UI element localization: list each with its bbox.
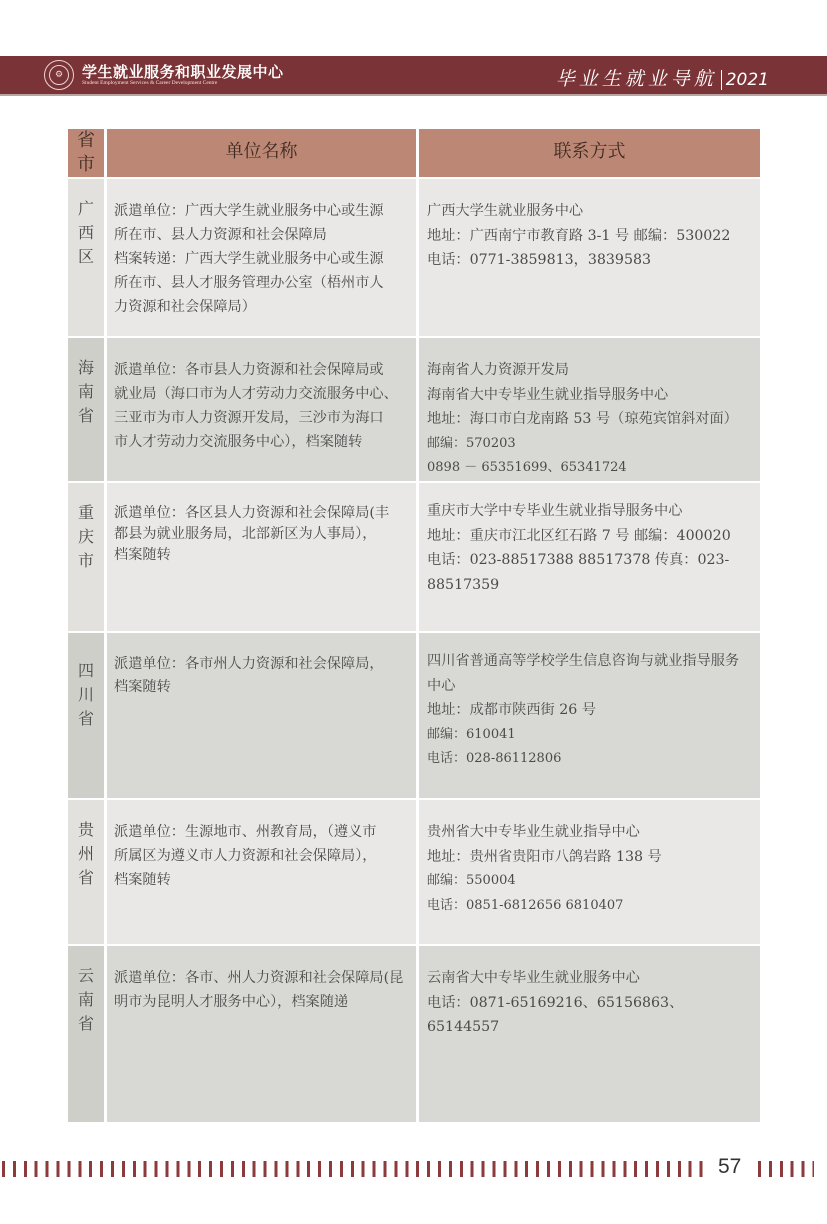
province-char: 省	[68, 707, 104, 731]
unit-line: 所在市、县人才服务管理办公室（梧州市人	[114, 271, 410, 295]
table-row: 海 南 省 派遣单位：各市县人力资源和社会保障局或 就业局（海口市为人才劳动力交…	[68, 338, 760, 481]
page-footer: 57	[0, 1161, 827, 1177]
province-cell: 云 南 省	[68, 946, 104, 1122]
unit-line: 派遣单位：各市县人力资源和社会保障局或	[114, 358, 410, 382]
contact-cell: 云南省大中专毕业生就业服务中心 电话：0871-65169216、6515686…	[419, 946, 760, 1122]
unit-line: 派遣单位：各市州人力资源和社会保障局，	[114, 653, 410, 676]
contact-line: 地址：成都市陕西街 26 号	[427, 698, 754, 723]
contact-line: 邮编：550004	[427, 869, 754, 894]
page-header-banner: ⚙ 学生就业服务和职业发展中心 Student Employment Servi…	[0, 56, 827, 96]
contact-line: 电话：0851-6812656 6810407	[427, 894, 754, 919]
province-char: 重	[68, 501, 104, 525]
unit-line: 档案随转	[114, 545, 410, 566]
contact-line: 地址：广西南宁市教育路 3-1 号 邮编：530022	[427, 224, 754, 249]
contact-line: 88517359	[427, 573, 754, 598]
org-name-en: Student Employment Services & Career Dev…	[82, 80, 217, 86]
unit-line: 档案随转	[114, 676, 410, 699]
province-cell: 贵 州 省	[68, 800, 104, 944]
province-char: 省	[68, 1012, 104, 1036]
province-char: 省	[68, 404, 104, 428]
province-char: 四	[68, 659, 104, 683]
contact-line: 海南省大中专毕业生就业指导服务中心	[427, 383, 754, 408]
province-char: 海	[68, 356, 104, 380]
province-char: 贵	[68, 818, 104, 842]
province-char: 区	[68, 245, 104, 269]
province-char: 市	[68, 549, 104, 573]
org-name-cn: 学生就业服务和职业发展中心	[82, 61, 284, 82]
contact-cell: 四川省普通高等学校学生信息咨询与就业指导服务 中心 地址：成都市陕西街 26 号…	[419, 633, 760, 798]
unit-line: 就业局（海口市为人才劳动力交流服务中心、	[114, 382, 410, 406]
unit-cell: 派遣单位：各区县人力资源和社会保障局(丰 都县为就业服务局，北部新区为人事局），…	[107, 483, 416, 631]
contact-cell: 海南省人力资源开发局 海南省大中专毕业生就业指导服务中心 地址：海口市白龙南路 …	[419, 338, 760, 481]
unit-line: 派遣单位：各区县人力资源和社会保障局(丰	[114, 503, 410, 524]
unit-line: 市人才劳动力交流服务中心），档案随转	[114, 430, 410, 454]
unit-line: 档案随转	[114, 868, 410, 892]
column-header-unit: 单位名称	[107, 129, 416, 177]
province-char: 南	[68, 988, 104, 1012]
contact-line: 邮编：610041	[427, 723, 754, 748]
unit-line: 三亚市为市人力资源开发局，三沙市为海口	[114, 406, 410, 430]
unit-line: 力资源和社会保障局）	[114, 295, 410, 319]
contact-line: 电话：023-88517388 88517378 传真：023-	[427, 548, 754, 573]
university-seal-icon: ⚙	[44, 60, 74, 90]
column-header-province: 省 市	[68, 129, 104, 177]
unit-cell: 派遣单位：各市、州人力资源和社会保障局(昆 明市为昆明人才服务中心），档案随递	[107, 946, 416, 1122]
column-header-contact: 联系方式	[419, 129, 760, 177]
table-row: 广 西 区 派遣单位：广西大学生就业服务中心或生源 所在市、县人力资源和社会保障…	[68, 179, 760, 336]
unit-line: 所属区为遵义市人力资源和社会保障局），	[114, 844, 410, 868]
contact-line: 电话：0771-3859813，3839583	[427, 248, 754, 273]
contact-line: 地址：贵州省贵阳市八鸽岩路 138 号	[427, 845, 754, 870]
book-year: 2021	[726, 70, 769, 90]
contact-line: 海南省人力资源开发局	[427, 358, 754, 383]
employment-contacts-table: 省 市 单位名称 联系方式 广 西 区 派遣单位：广西大学生就业服务中心或生源 …	[68, 129, 760, 1124]
unit-cell: 派遣单位：广西大学生就业服务中心或生源 所在市、县人力资源和社会保障局 档案转递…	[107, 179, 416, 336]
contact-line: 广西大学生就业服务中心	[427, 199, 754, 224]
province-char: 西	[68, 221, 104, 245]
contact-line: 重庆市大学中专毕业生就业指导服务中心	[427, 499, 754, 524]
book-title-text: 毕业生就业导航	[556, 68, 717, 90]
table-row: 四 川 省 派遣单位：各市州人力资源和社会保障局， 档案随转 四川省普通高等学校…	[68, 633, 760, 798]
contact-line: 四川省普通高等学校学生信息咨询与就业指导服务	[427, 649, 754, 674]
contact-line: 电话：028-86112806	[427, 747, 754, 772]
table-row: 重 庆 市 派遣单位：各区县人力资源和社会保障局(丰 都县为就业服务局，北部新区…	[68, 483, 760, 631]
unit-line: 派遣单位：各市、州人力资源和社会保障局(昆	[114, 966, 410, 990]
header-char: 省	[68, 129, 104, 153]
contact-line: 地址：海口市白龙南路 53 号（琼苑宾馆斜对面）	[427, 407, 754, 432]
province-char: 川	[68, 683, 104, 707]
contact-line: 贵州省大中专毕业生就业指导中心	[427, 820, 754, 845]
contact-line: 0898 － 65351699、65341724	[427, 456, 754, 481]
unit-line: 明市为昆明人才服务中心），档案随递	[114, 990, 410, 1014]
decorative-tick-bar-right	[758, 1161, 814, 1177]
contact-line: 电话：0871-65169216、65156863、65144557	[427, 991, 754, 1040]
contact-cell: 广西大学生就业服务中心 地址：广西南宁市教育路 3-1 号 邮编：530022 …	[419, 179, 760, 336]
unit-line: 所在市、县人力资源和社会保障局	[114, 223, 410, 247]
decorative-tick-bar-left	[2, 1161, 707, 1177]
province-char: 南	[68, 380, 104, 404]
title-divider	[721, 70, 722, 90]
province-cell: 广 西 区	[68, 179, 104, 336]
header-char: 市	[68, 153, 104, 177]
province-char: 云	[68, 964, 104, 988]
contact-line: 云南省大中专毕业生就业服务中心	[427, 966, 754, 991]
unit-cell: 派遣单位：各市州人力资源和社会保障局， 档案随转	[107, 633, 416, 798]
unit-cell: 派遣单位：生源地市、州教育局，（遵义市 所属区为遵义市人力资源和社会保障局）， …	[107, 800, 416, 944]
contact-line: 邮编：570203	[427, 432, 754, 457]
contact-cell: 重庆市大学中专毕业生就业指导服务中心 地址：重庆市江北区红石路 7 号 邮编：4…	[419, 483, 760, 631]
province-cell: 重 庆 市	[68, 483, 104, 631]
contact-cell: 贵州省大中专毕业生就业指导中心 地址：贵州省贵阳市八鸽岩路 138 号 邮编：5…	[419, 800, 760, 944]
province-char: 省	[68, 866, 104, 890]
province-char: 庆	[68, 525, 104, 549]
unit-line: 档案转递：广西大学生就业服务中心或生源	[114, 247, 410, 271]
unit-line: 都县为就业服务局，北部新区为人事局），	[114, 524, 410, 545]
table-row: 贵 州 省 派遣单位：生源地市、州教育局，（遵义市 所属区为遵义市人力资源和社会…	[68, 800, 760, 944]
unit-line: 派遣单位：生源地市、州教育局，（遵义市	[114, 820, 410, 844]
table-header-row: 省 市 单位名称 联系方式	[68, 129, 760, 177]
province-cell: 海 南 省	[68, 338, 104, 481]
book-title: 毕业生就业导航2021	[556, 64, 769, 91]
province-char: 州	[68, 842, 104, 866]
unit-line: 派遣单位：广西大学生就业服务中心或生源	[114, 199, 410, 223]
province-cell: 四 川 省	[68, 633, 104, 798]
table-row: 云 南 省 派遣单位：各市、州人力资源和社会保障局(昆 明市为昆明人才服务中心）…	[68, 946, 760, 1122]
page-number: 57	[718, 1155, 741, 1179]
unit-cell: 派遣单位：各市县人力资源和社会保障局或 就业局（海口市为人才劳动力交流服务中心、…	[107, 338, 416, 481]
contact-line: 地址：重庆市江北区红石路 7 号 邮编：400020	[427, 524, 754, 549]
province-char: 广	[68, 197, 104, 221]
contact-line: 中心	[427, 674, 754, 699]
